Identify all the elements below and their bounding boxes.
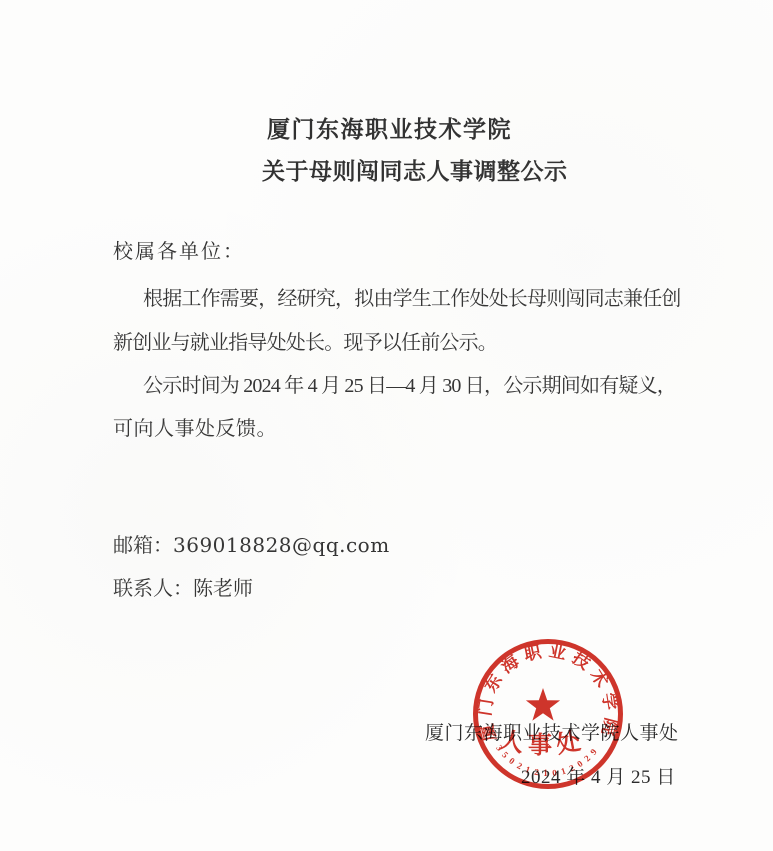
paragraph2-line1: 公示时间为 2024 年 4 月 25 日—4 月 30 日，公示期间如有疑义， [143, 369, 676, 398]
contact-line: 联系人：陈老师 [113, 572, 253, 601]
date-line: 2024 年 4 月 25 日 [521, 762, 676, 789]
document-title-line2: 关于母则闯同志人事调整公示 [262, 153, 568, 186]
signature-line: 厦门东海职业技术学院人事处 [425, 718, 679, 745]
paragraph2-line2: 可向人事处反馈。 [113, 412, 277, 441]
paragraph1-line2: 新创业与就业指导处处长。现予以任前公示。 [113, 326, 497, 355]
email-value: 369018828@qq.com [173, 533, 390, 557]
document-page: 厦门东海职业技术学院 关于母则闯同志人事调整公示 校属各单位： 根据工作需要，经… [0, 0, 773, 851]
document-title-line1: 厦门东海职业技术学院 [267, 111, 512, 144]
star-icon [526, 688, 560, 721]
contact-label: 联系人： [113, 578, 193, 600]
salutation-line: 校属各单位： [113, 235, 245, 264]
contact-value: 陈老师 [193, 578, 253, 600]
email-label: 邮箱： [113, 535, 173, 557]
paragraph1-line1: 根据工作需要，经研究，拟由学生工作处处长母则闯同志兼任创 [143, 282, 681, 311]
email-line: 邮箱：369018828@qq.com [113, 529, 390, 558]
